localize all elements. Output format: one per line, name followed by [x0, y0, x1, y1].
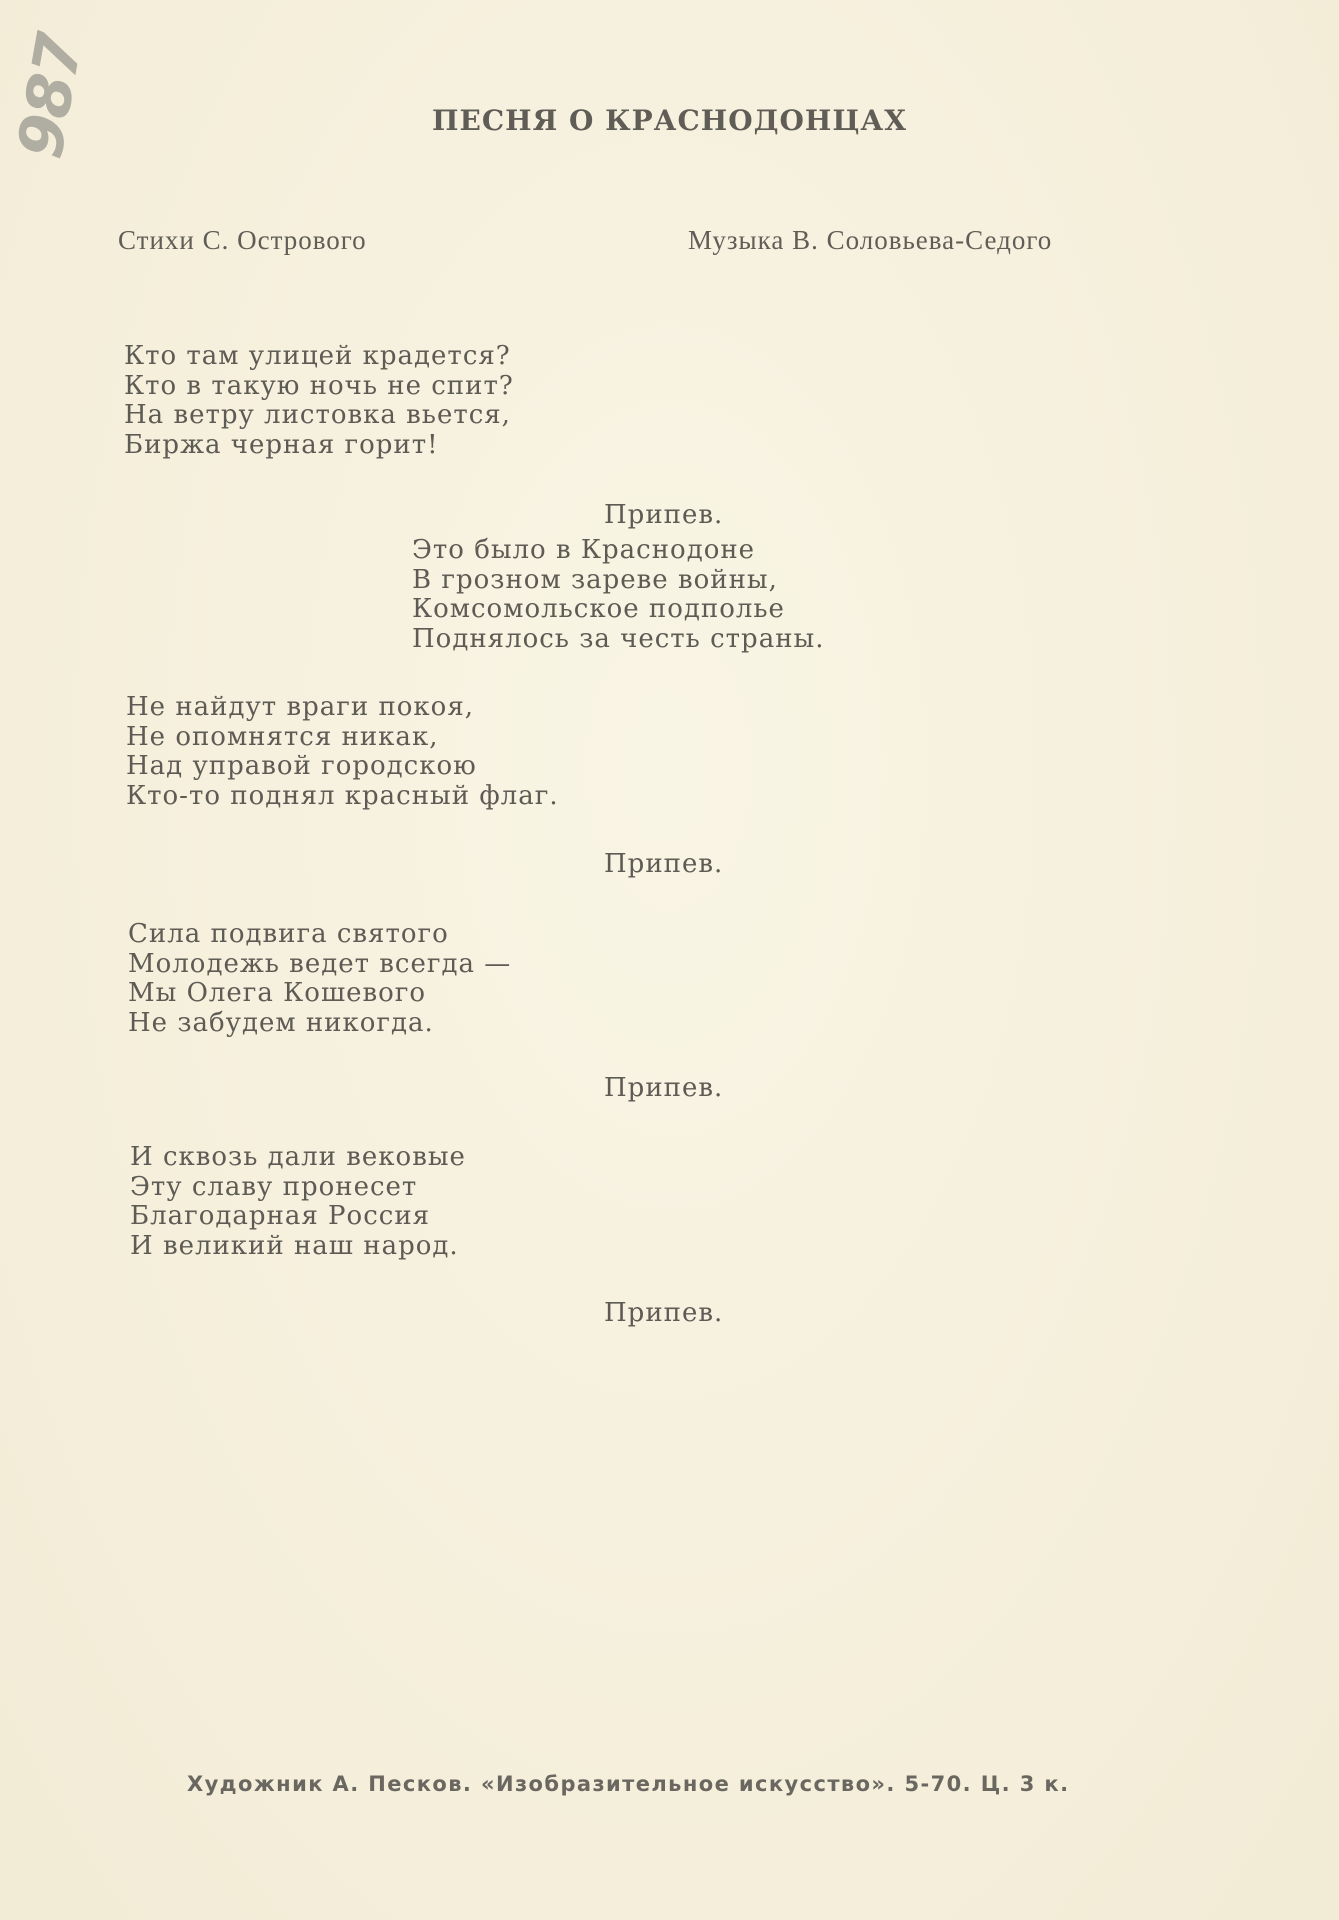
verse-line: Кто там улицей крадется?: [124, 342, 514, 372]
verse-line: Молодежь ведет всегда —: [128, 950, 511, 980]
verse-2: Не найдут враги покоя, Не опомнятся ника…: [126, 693, 559, 811]
refrain: Это было в Краснодоне В грозном зареве в…: [412, 536, 824, 654]
verse-line: Благодарная Россия: [130, 1202, 466, 1232]
handwritten-number: 987: [3, 29, 96, 163]
verse-line: Не забудем никогда.: [128, 1009, 511, 1039]
verse-line: Кто-то поднял красный флаг.: [126, 782, 559, 812]
verse-line: Над управой городскою: [126, 752, 559, 782]
verse-line: Эту славу пронесет: [130, 1173, 466, 1203]
verse-line: И сквозь дали вековые: [130, 1143, 466, 1173]
verse-1: Кто там улицей крадется? Кто в такую ноч…: [124, 342, 514, 460]
refrain-label: Припев.: [604, 1073, 723, 1103]
refrain-label: Припев.: [604, 849, 723, 879]
music-credit: Музыка В. Соловьева-Седого: [688, 225, 1052, 256]
refrain-label: Припев.: [604, 500, 723, 530]
song-title: ПЕСНЯ О КРАСНОДОНЦАХ: [0, 104, 1339, 137]
verse-line: Не найдут враги покоя,: [126, 693, 559, 723]
verse-line: Мы Олега Кошевого: [128, 979, 511, 1009]
refrain-label: Припев.: [604, 1298, 723, 1328]
verse-3: Сила подвига святого Молодежь ведет всег…: [128, 920, 511, 1038]
refrain-line: Комсомольское подполье: [412, 595, 824, 625]
refrain-line: Поднялось за честь страны.: [412, 625, 824, 655]
refrain-line: В грозном зареве войны,: [412, 566, 824, 596]
verse-4: И сквозь дали вековые Эту славу пронесет…: [130, 1143, 466, 1261]
verse-line: Кто в такую ночь не спит?: [124, 372, 514, 402]
verse-line: На ветру листовка вьется,: [124, 401, 514, 431]
refrain-line: Это было в Краснодоне: [412, 536, 824, 566]
lyrics-credit: Стихи С. Острового: [118, 225, 367, 256]
verse-line: Биржа черная горит!: [124, 431, 514, 461]
verse-line: И великий наш народ.: [130, 1232, 466, 1262]
verse-line: Сила подвига святого: [128, 920, 511, 950]
verse-line: Не опомнятся никак,: [126, 723, 559, 753]
imprint-footer: Художник А. Песков. «Изобразительное иск…: [187, 1772, 1069, 1796]
